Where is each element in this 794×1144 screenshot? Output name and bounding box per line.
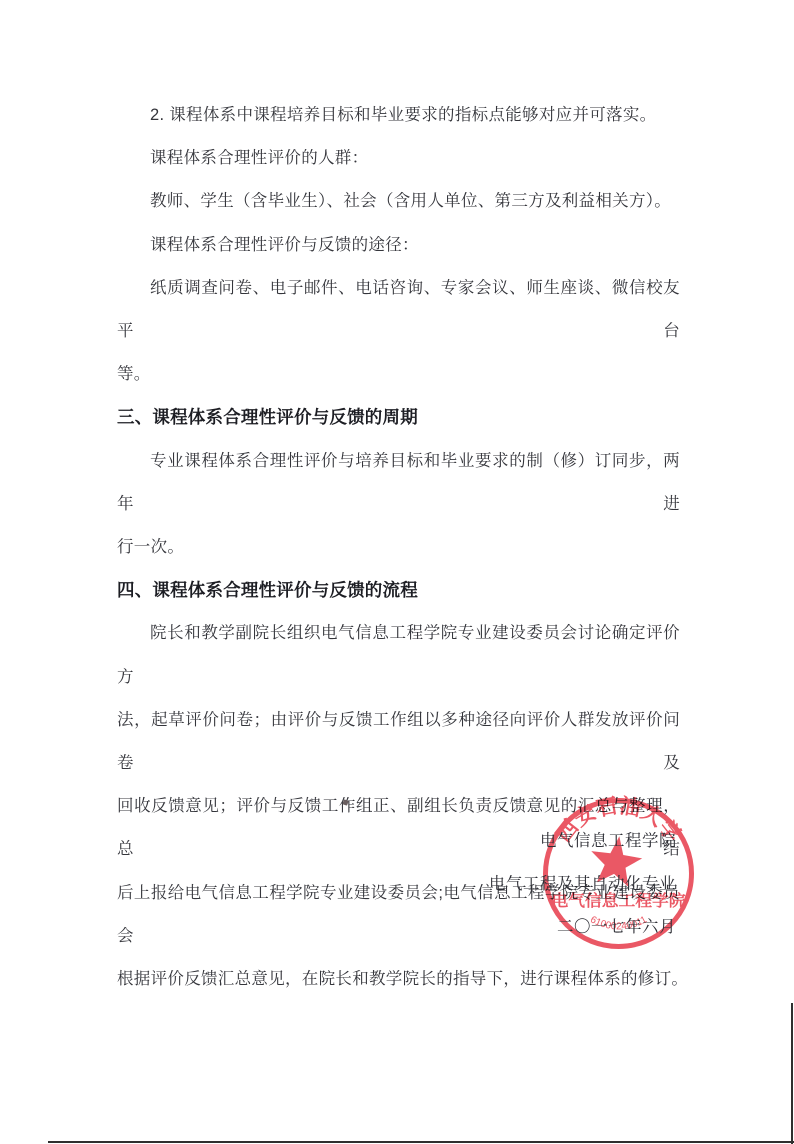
paragraph-line: 院长和教学副院长组织电气信息工程学院专业建设委员会讨论确定评价方	[117, 612, 680, 698]
page-edge-right	[791, 1003, 793, 1144]
paragraph-line: 教师、学生（含毕业生）、社会（含用人单位、第三方及利益相关方）。	[117, 180, 680, 223]
signature-date: 二〇一七年六月	[489, 906, 676, 949]
paragraph-line: 专业课程体系合理性评价与培养目标和毕业要求的制（修）订同步，两年进	[117, 440, 680, 526]
scanned-document-page: 2. 课程体系中课程培养目标和毕业要求的指标点能够对应并可落实。 课程体系合理性…	[0, 0, 794, 1144]
page-edge-bottom	[48, 1141, 794, 1143]
paragraph-line: 课程体系合理性评价的人群：	[117, 137, 680, 180]
paragraph-line: 纸质调查问卷、电子邮件、电话咨询、专家会议、师生座谈、微信校友平台	[117, 267, 680, 353]
signature-major: 电气工程及其自动化专业	[489, 863, 676, 906]
section-heading-3: 三、课程体系合理性评价与反馈的周期	[117, 396, 680, 439]
paragraph-line: 等。	[117, 353, 680, 396]
paragraph-line: 2. 课程体系中课程培养目标和毕业要求的指标点能够对应并可落实。	[117, 94, 680, 137]
paragraph-line: 根据评价反馈汇总意见，在院长和教学院长的指导下，进行课程体系的修订。	[117, 958, 680, 1001]
paragraph-line: 法，起草评价问卷；由评价与反馈工作组以多种途径向评价人群发放评价问卷及	[117, 699, 680, 785]
paragraph-line: 行一次。	[117, 526, 680, 569]
signature-block: 电气信息工程学院 电气工程及其自动化专业 二〇一七年六月	[489, 820, 676, 949]
paragraph-line: 课程体系合理性评价与反馈的途径：	[117, 224, 680, 267]
signature-college: 电气信息工程学院	[489, 820, 676, 863]
section-heading-4: 四、课程体系合理性评价与反馈的流程	[117, 569, 680, 612]
